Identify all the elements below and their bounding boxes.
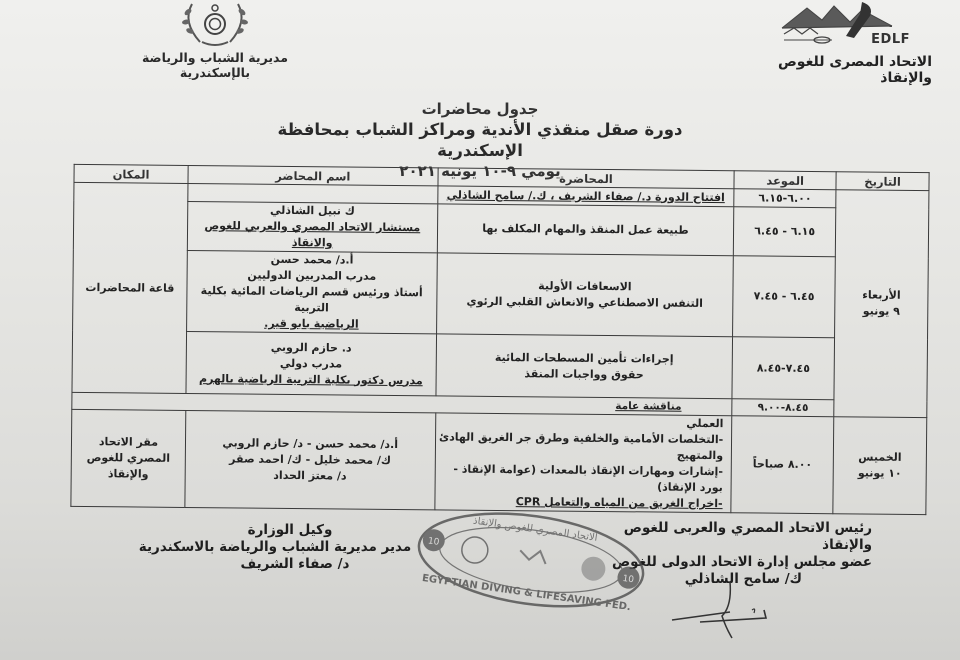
signatory-name: د/ صفاء الشريف: [130, 556, 420, 573]
lecture-cell: إجراءات تأمين المسطحات المائية حقوق وواج…: [436, 334, 733, 399]
day2-date: ١٠ يونيو: [834, 465, 926, 482]
time-cell: ٨.٠٠ صباحاً: [731, 416, 834, 514]
header-date: التاريخ: [836, 172, 929, 191]
handwritten-signature-icon: [670, 580, 800, 640]
table-row: ٧.٤٥-٨.٤٥ إجراءات تأمين المسطحات المائية…: [72, 330, 928, 400]
day1-weekday: الأربعاء: [835, 287, 927, 304]
table-row: الخميس ١٠ يونيو ٨.٠٠ صباحاً العملي -التخ…: [71, 409, 927, 514]
signatory-title: وكيل الوزارة: [130, 522, 420, 539]
schedule-title: جدول محاضرات: [260, 100, 700, 119]
lecturer-names: أ.د/ محمد حسن - د/ حازم الروبي: [186, 435, 435, 453]
federation-header: EDLF الاتحاد المصرى للغوص والإنقاذ: [742, 0, 932, 86]
day2-place-cell: مقر الاتحاد المصري للغوص والإنقاذ: [71, 409, 186, 507]
course-title: دورة صقل منقذي الأندية ومراكز الشباب بمح…: [260, 119, 700, 161]
time-cell: ٨.٤٥-٩.٠٠: [732, 399, 834, 417]
header-time: الموعد: [734, 171, 836, 190]
ministry-header: مديرية الشباب والرياضة بالإسكندرية: [105, 0, 325, 80]
day2-date-cell: الخميس ١٠ يونيو: [833, 417, 927, 515]
official-stamp-icon: 10 10 الاتحاد المصري للغوص والإنقاذ EGYP…: [408, 496, 654, 624]
lecture-subtitle: التنفس الاصطناعي والانعاش القلبي الرئوي: [437, 293, 733, 312]
practical-lecture-cell: العملي -التخلصات الأمامية والخلفية وطرق …: [434, 413, 732, 513]
table-row: ٦.٤٥ - ٧.٤٥ الاسعافات الأولية التنفس الا…: [73, 249, 929, 338]
day1-place-cell: قاعة المحاضرات: [72, 182, 188, 393]
edlf-diver-logo-icon: EDLF: [762, 0, 912, 48]
federation-name: الاتحاد المصرى للغوص والإنقاذ: [742, 54, 932, 86]
svg-text:10: 10: [427, 536, 440, 548]
lecture-cell: الاسعافات الأولية التنفس الاصطناعي والان…: [436, 253, 733, 337]
edlf-abbreviation: EDLF: [871, 32, 910, 47]
svg-text:الاتحاد المصري للغوص والإنقاذ: الاتحاد المصري للغوص والإنقاذ: [472, 516, 598, 544]
time-cell: ٦.١٥ - ٦.٤٥: [734, 207, 836, 257]
practical-item: -إشارات ومهارات الإنقاذ بالمعدات (عوامة …: [435, 461, 723, 496]
practical-item: -التخلصات الأمامية والخلفية وطرق جر الغر…: [435, 429, 723, 464]
header-lecturer: اسم المحاضر: [188, 165, 438, 185]
ministry-name: مديرية الشباب والرياضة بالإسكندرية: [105, 50, 325, 80]
lecturer-cell: أ.د/ محمد حسن مدرب المدربين الدوليين أست…: [186, 250, 436, 333]
header-place: المكان: [74, 164, 188, 183]
time-cell: ٦.٠٠-٦.١٥: [734, 189, 836, 208]
svg-text:EGYPTIAN DIVING & LIFESAVING F: EGYPTIAN DIVING & LIFESAVING FED.: [421, 573, 631, 613]
day1-date: ٩ يونيو: [835, 303, 927, 320]
svg-text:10: 10: [622, 574, 635, 586]
lecturer-cell: أ.د/ محمد حسن - د/ حازم الروبي ك/ محمد خ…: [185, 410, 436, 509]
undersecretary-signature-block: وكيل الوزارة مدير مديرية الشباب والرياضة…: [130, 522, 420, 573]
time-cell: ٦.٤٥ - ٧.٤٥: [733, 256, 836, 338]
ministry-emblem-icon: [174, 0, 256, 48]
lecture-schedule-table: التاريخ الموعد المحاضرة اسم المحاضر المك…: [70, 164, 929, 515]
day1-date-cell: الأربعاء ٩ يونيو: [834, 190, 929, 418]
lecturer-position: أستاذ ورئيس قسم الرياضات المائية بكلية ا…: [187, 283, 436, 317]
lecturer-title: مستشار الاتحاد المصري والعربي للغوص والا…: [188, 218, 437, 252]
lecturer-position-cont: الرياضية بابو قير.: [187, 315, 436, 333]
lecture-cell: طبيعة عمل المنقذ والمهام المكلف بها: [437, 204, 734, 256]
lecturer-cell: ك نبيل الشاذلي مستشار الاتحاد المصري وال…: [187, 201, 437, 252]
time-cell: ٧.٤٥-٨.٤٥: [732, 337, 834, 400]
day2-weekday: الخميس: [834, 449, 926, 466]
lecturer-names: د/ معتز الحداد: [186, 467, 435, 485]
lecturer-cell: [188, 183, 438, 203]
signatory-title-2: مدير مديرية الشباب والرياضة بالاسكندرية: [130, 539, 420, 556]
document-page: مديرية الشباب والرياضة بالإسكندرية EDLF …: [0, 0, 960, 660]
lecture-subtitle: حقوق وواجبات المنقذ: [436, 365, 732, 384]
lecturer-position: مدرس دكتور بكلية التربية الرياضية بالهرم: [186, 370, 435, 388]
table-row: ٦.١٥ - ٦.٤٥ طبيعة عمل المنقذ والمهام الم…: [73, 200, 928, 257]
lecturer-cell: د. حازم الروبي مدرب دولي مدرس دكتور بكلي…: [186, 331, 436, 395]
